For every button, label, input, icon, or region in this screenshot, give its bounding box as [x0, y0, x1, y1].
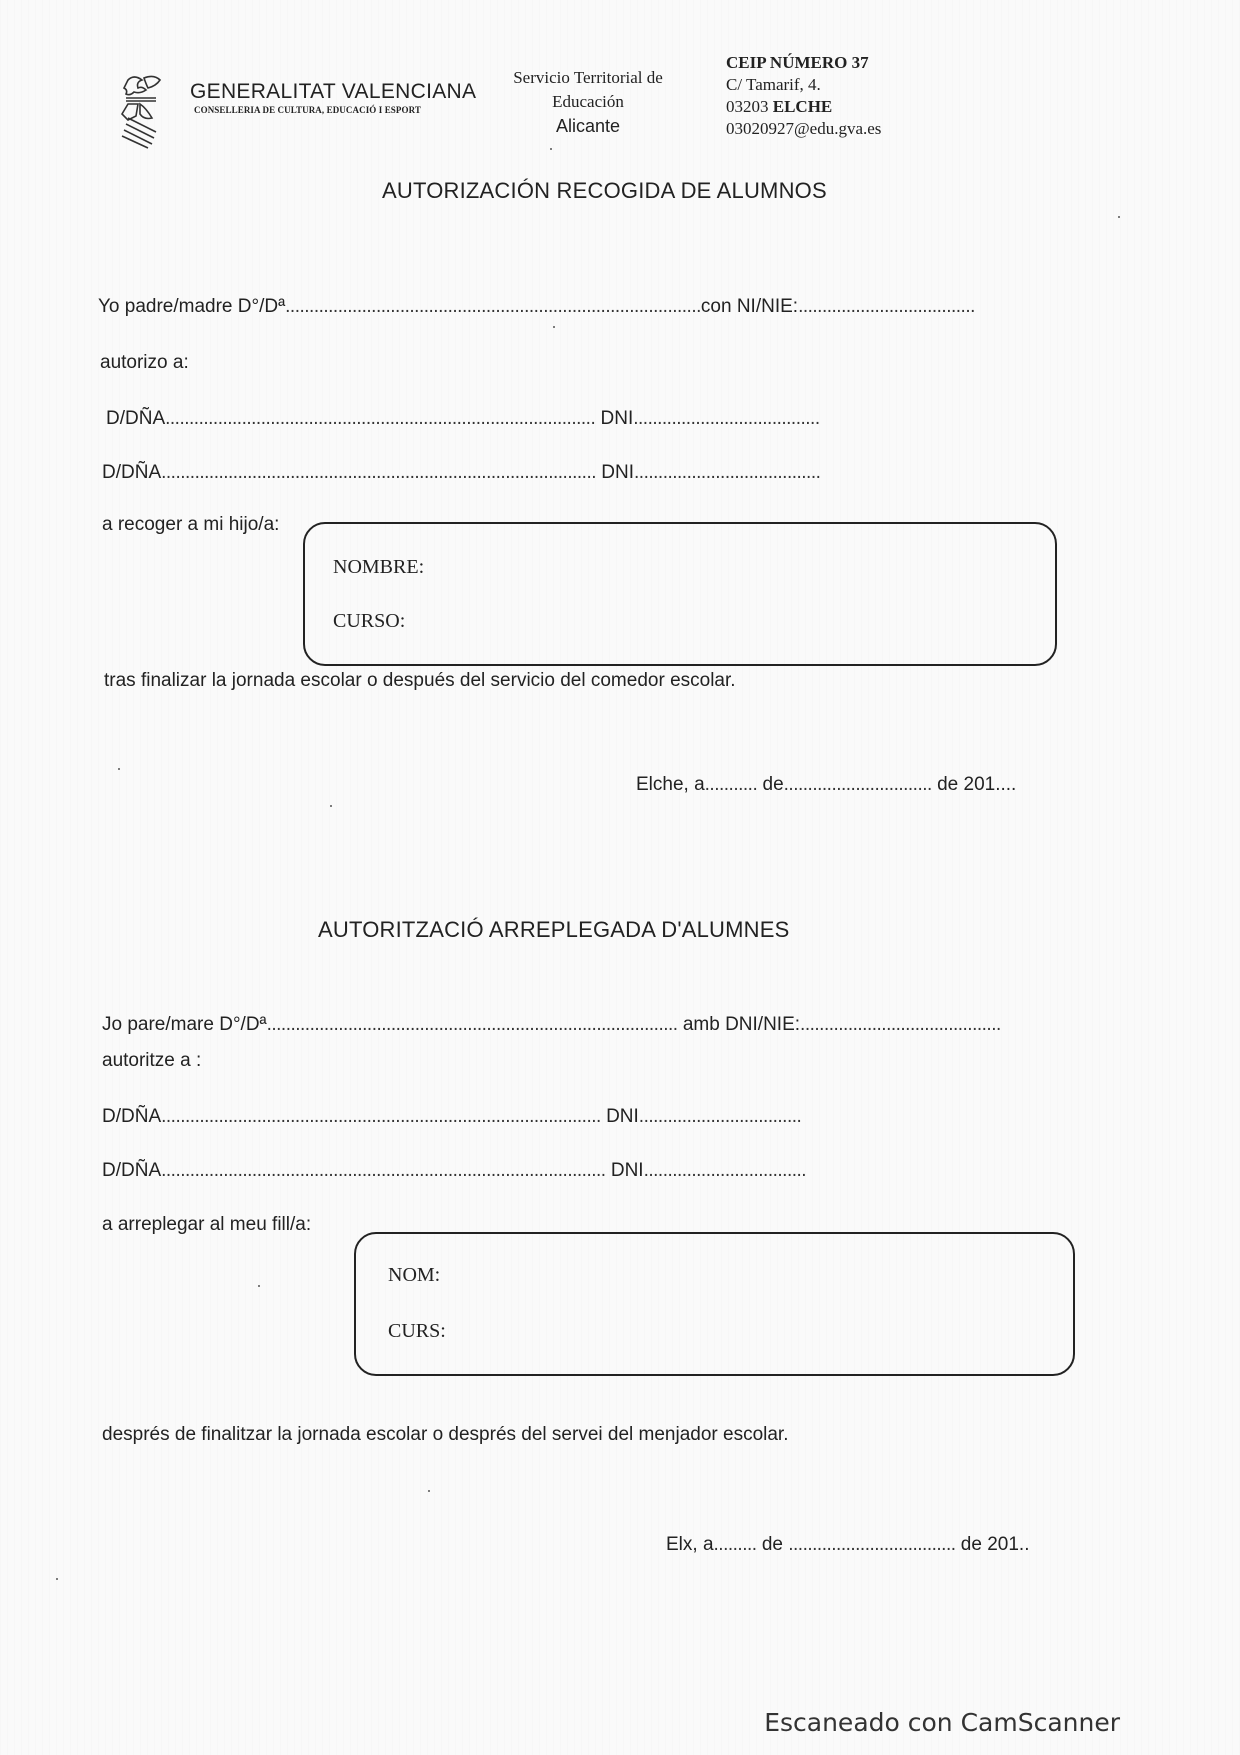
child-course-label: CURS: — [388, 1320, 446, 1343]
pickup-label-es: a recoger a mi hijo/a: — [102, 514, 279, 536]
parent-id-label: amb DNI/NIE: — [683, 1014, 800, 1035]
authorize-label-es: autorizo a: — [100, 352, 189, 374]
child-name-label: NOM: — [388, 1264, 440, 1287]
pickup-label-va: a arreplegar al meu fill/a: — [102, 1214, 311, 1236]
scan-speck — [118, 768, 120, 770]
person-name-field[interactable]: ........................................… — [161, 1160, 605, 1181]
child-name-label: NOMBRE: — [333, 556, 424, 579]
parent-line-es: Yo padre/madre D°/Dª....................… — [98, 296, 975, 318]
parent-id-label: con NI/NIE: — [701, 296, 798, 317]
person-id-label: DNI — [606, 1106, 639, 1127]
person-name-field[interactable]: ........................................… — [161, 1106, 601, 1127]
school-block: CEIP NÚMERO 37 C/ Tamarif, 4. 03203 ELCH… — [726, 52, 881, 140]
date-place: Elx, a — [666, 1534, 714, 1555]
person-id-field[interactable]: .................................. — [644, 1160, 806, 1181]
parent-id-field[interactable]: ..................................... — [798, 296, 975, 317]
condition-text-es: tras finalizar la jornada escolar o desp… — [104, 670, 736, 692]
year-label: de 201.... — [937, 774, 1016, 795]
scan-speck — [550, 148, 552, 150]
person-line-es-2: D/DÑA...................................… — [102, 462, 820, 484]
scan-speck — [553, 326, 555, 328]
school-postcode: 03203 — [726, 97, 769, 116]
scan-speck — [258, 1285, 260, 1287]
person-id-label: DNI — [601, 408, 634, 429]
service-line1: Servicio Territorial de — [488, 66, 688, 90]
form-title-es: AUTORIZACIÓN RECOGIDA DE ALUMNOS — [382, 178, 827, 204]
camscanner-watermark: Escaneado con CamScanner — [764, 1708, 1120, 1737]
parent-name-field[interactable]: ........................................… — [285, 296, 701, 317]
generalitat-crest-icon — [118, 72, 166, 152]
scan-speck — [330, 805, 332, 807]
person-name-field[interactable]: ........................................… — [165, 408, 595, 429]
person-name-label: D/DÑA — [106, 408, 165, 429]
scanned-page: GENERALITAT VALENCIANA CONSELLERIA DE CU… — [0, 0, 1240, 1755]
date-line-va: Elx, a......... de .....................… — [666, 1534, 1029, 1556]
service-line3: Alicante — [488, 114, 688, 138]
school-address: C/ Tamarif, 4. — [726, 74, 881, 96]
service-block: Servicio Territorial de Educación Alican… — [488, 66, 688, 138]
form-title-va: AUTORITZACIÓ ARREPLEGADA D'ALUMNES — [318, 917, 789, 943]
parent-label: Jo pare/mare D°/Dª — [102, 1014, 267, 1035]
child-info-box-va: NOM: CURS: — [354, 1232, 1075, 1376]
date-de-label: de — [763, 774, 784, 795]
date-line-es: Elche, a........... de..................… — [636, 774, 1016, 796]
year-label: de 201.. — [961, 1534, 1030, 1555]
person-id-field[interactable]: ....................................... — [633, 408, 819, 429]
person-line-va-2: D/DÑA...................................… — [102, 1160, 806, 1182]
person-id-field[interactable]: .................................. — [639, 1106, 801, 1127]
school-city: ELCHE — [773, 97, 833, 116]
scan-speck — [428, 1490, 430, 1492]
org-subtitle: CONSELLERIA DE CULTURA, EDUCACIÓ I ESPOR… — [194, 105, 421, 115]
parent-label: Yo padre/madre D°/Dª — [98, 296, 285, 317]
day-field[interactable]: ......... — [714, 1534, 757, 1555]
scan-speck — [56, 1578, 58, 1580]
condition-text-va: després de finalitzar la jornada escolar… — [102, 1424, 789, 1446]
person-name-label: D/DÑA — [102, 1106, 161, 1127]
month-field[interactable]: ............................... — [784, 774, 932, 795]
person-name-label: D/DÑA — [102, 462, 161, 483]
day-field[interactable]: ........... — [705, 774, 758, 795]
date-place: Elche, a — [636, 774, 705, 795]
person-id-label: DNI — [601, 462, 634, 483]
school-email: 03020927@edu.gva.es — [726, 118, 881, 140]
person-line-es-1: D/DÑA...................................… — [106, 408, 820, 430]
parent-name-field[interactable]: ........................................… — [267, 1014, 678, 1035]
parent-id-field[interactable]: ........................................… — [800, 1014, 1001, 1035]
school-name: CEIP NÚMERO 37 — [726, 52, 881, 74]
service-line2: Educación — [488, 90, 688, 114]
authorize-label-va: autoritze a : — [102, 1050, 201, 1072]
person-line-va-1: D/DÑA...................................… — [102, 1106, 801, 1128]
person-name-label: D/DÑA — [102, 1160, 161, 1181]
scan-speck — [1118, 216, 1120, 218]
child-course-label: CURSO: — [333, 610, 405, 633]
month-field[interactable]: ................................... — [788, 1534, 955, 1555]
person-id-field[interactable]: ....................................... — [634, 462, 820, 483]
org-name: GENERALITAT VALENCIANA — [190, 80, 476, 104]
parent-line-va: Jo pare/mare D°/Dª......................… — [102, 1014, 1001, 1036]
person-id-label: DNI — [611, 1160, 644, 1181]
person-name-field[interactable]: ........................................… — [161, 462, 596, 483]
child-info-box-es: NOMBRE: CURSO: — [303, 522, 1057, 666]
date-de-label: de — [762, 1534, 783, 1555]
